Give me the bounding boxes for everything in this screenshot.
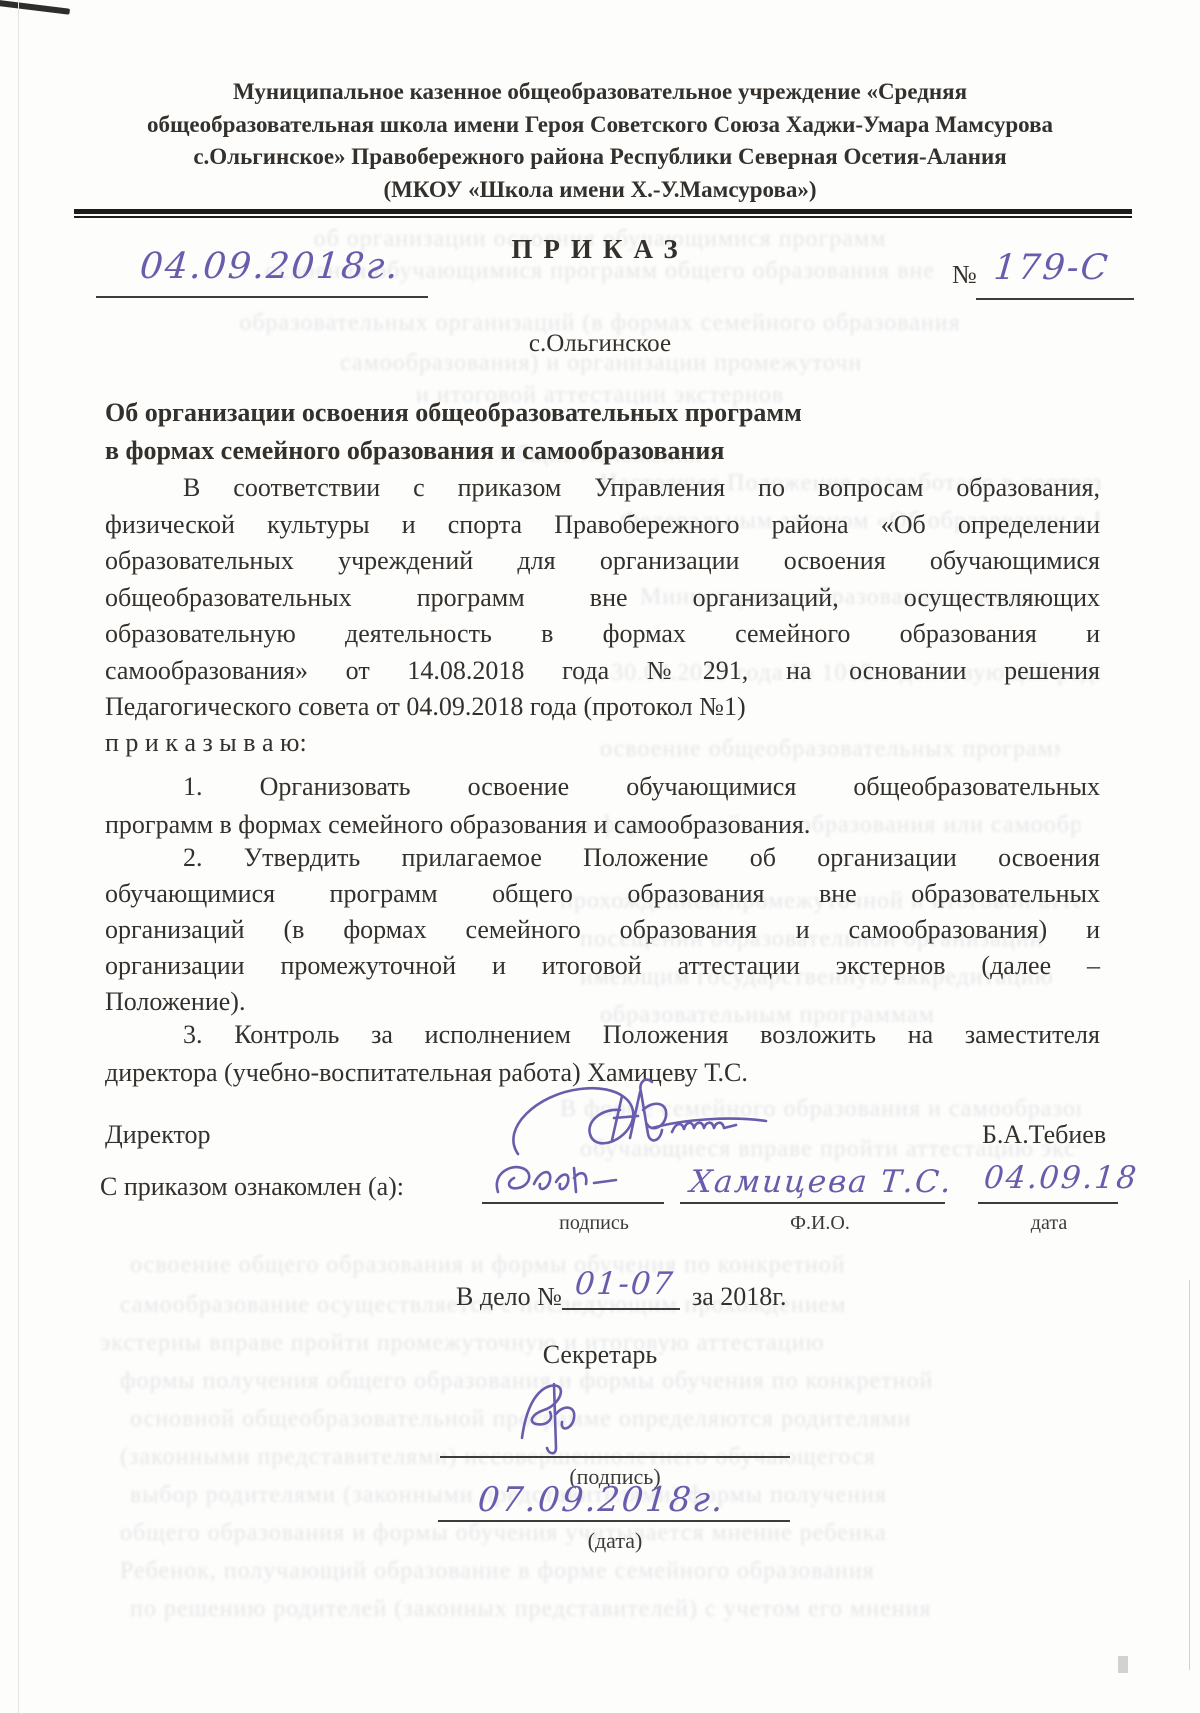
acknowledgement-label: С приказом ознакомлен (а): [100,1172,404,1202]
order-date-underline [96,296,428,298]
organization-header: Муниципальное казенное общеобразовательн… [58,76,1142,206]
order-subject-line: в формах семейного образования и самообр… [105,432,1005,470]
bleed-through-text-line: формы получения общего образования и фор… [120,1368,1100,1395]
item-line: организации промежуточной и итоговой атт… [105,948,1100,984]
signature-underline [482,1202,664,1204]
file-number-underline [562,1308,680,1310]
bleed-through-text-line: освоение общеобразовательных программ [600,736,1060,763]
secretary-date-caption: (дата) [500,1528,730,1554]
bleed-through-text-line: по решению родителей (законных представи… [130,1596,1080,1623]
scanned-order-document: об организации освоения обучающимися про… [0,0,1200,1713]
order-date-handwritten: 04.09.2018г. [138,246,401,287]
secretary-date-underline [438,1520,790,1522]
name-caption: Ф.И.О. [760,1212,880,1235]
org-header-line: с.Ольгинское» Правобережного района Респ… [58,141,1142,174]
order-subject: Об организации освоения общеобразователь… [105,394,1005,470]
item-line: Положение). [105,984,1100,1020]
org-header-line: общеобразовательная школа имени Героя Со… [58,109,1142,142]
director-name: Б.А.Тебиев [982,1120,1106,1150]
header-divider-rule [74,209,1132,218]
item-line: обучающимися программ общего образования… [105,876,1100,912]
secretary-date-handwritten: 07.09.2018г. [476,1480,726,1520]
bleed-through-text-line: основной общеобразовательной программе о… [130,1406,1090,1433]
order-number-sign: № [952,260,977,290]
intro-paragraph: В соответствии с приказом Управления по … [105,470,1100,726]
order-item-2: 2. Утвердить прилагаемое Положение об ор… [105,840,1100,1020]
paragraph-line: самообразования» от 14.08.2018 года №291… [105,653,1100,690]
acknowledged-name-handwritten: Хамицева Т.С. [688,1164,954,1200]
file-record-suffix: за 2018г. [692,1282,787,1312]
date-caption: дата [999,1212,1099,1235]
decree-word: п р и к а з ы в а ю: [105,728,307,758]
secretary-signature-underline [440,1456,790,1458]
paragraph-line: физической культуры и спорта Правобережн… [105,507,1100,544]
name-underline [680,1202,945,1204]
org-header-line: Муниципальное казенное общеобразовательн… [58,76,1142,109]
director-label: Директор [105,1120,211,1150]
file-record-prefix: В дело № [456,1282,562,1312]
item-line: 2. Утвердить прилагаемое Положение об ор… [105,840,1100,876]
order-number-underline [976,298,1134,300]
order-item-1: 1. Организовать освоение обучающимися об… [105,768,1100,844]
paragraph-line: образовательную деятельность в формах се… [105,616,1100,653]
scan-right-edge-line [1189,1280,1190,1670]
paragraph-line: общеобразовательных программ вне организ… [105,580,1100,617]
paragraph-line: образовательных учреждений для организац… [105,543,1100,580]
secretary-label: Секретарь [0,1340,1200,1370]
paragraph-line: Педагогического совета от 04.09.2018 год… [105,689,1100,726]
scan-corner-artifact [0,0,70,15]
paragraph-line: В соответствии с приказом Управления по … [105,470,1100,507]
item-line: 1. Организовать освоение обучающимися об… [105,768,1100,806]
date-underline [978,1202,1118,1204]
item-line: программ в формах семейного образования … [105,806,1100,844]
bleed-through-text-line: Ребенок, получающий образование в форме … [120,1558,1090,1585]
item-line: 3. Контроль за исполнением Положения воз… [105,1016,1100,1054]
org-header-line: (МКОУ «Школа имени Х.-У.Мамсурова») [58,174,1142,207]
director-signature [500,1074,785,1169]
signature-caption: подпись [529,1212,659,1235]
acknowledged-date-handwritten: 04.09.18 [982,1160,1139,1196]
settlement-name: с.Ольгинское [0,330,1200,358]
scan-smudge-mark [1118,1656,1128,1673]
item-line: организаций (в формах семейного образова… [105,912,1100,948]
file-number-handwritten: 01-07 [573,1266,676,1302]
order-subject-line: Об организации освоения общеобразователь… [105,394,1005,432]
secretary-signature [492,1378,600,1458]
order-number-handwritten: 179-С [992,248,1111,288]
acknowledgement-signature [488,1160,640,1206]
